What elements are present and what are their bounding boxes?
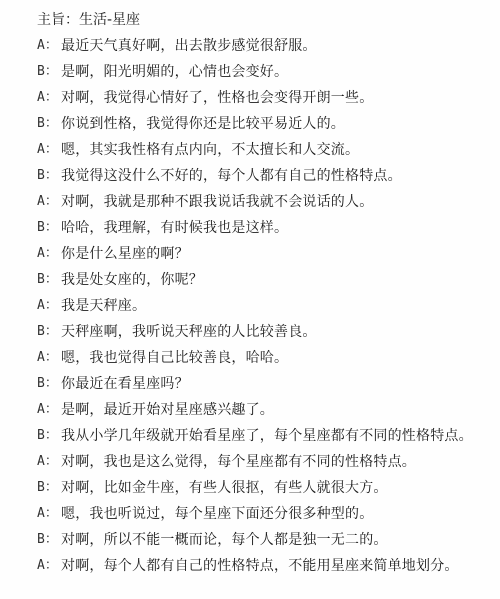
dialogue-line: B：对啊，比如金牛座，有些人很抠，有些人就很大方。 (37, 477, 500, 503)
dialogue-line: B：哈哈，我理解，有时候我也是这样。 (37, 217, 500, 243)
utterance-text: 我觉得这没什么不好的，每个人都有自己的性格特点。 (61, 165, 402, 187)
dialogue-line: B：天秤座啊，我听说天秤座的人比较善良。 (37, 321, 500, 347)
speaker-label: B： (37, 321, 61, 343)
speaker-label: B： (37, 373, 61, 395)
speaker-label: B： (37, 217, 61, 239)
speaker-label: A： (37, 295, 61, 317)
dialogue-line: A：你是什么星座的啊？ (37, 243, 500, 269)
dialogue-line: B：我从小学几年级就开始看星座了，每个星座都有不同的性格特点。 (37, 425, 500, 451)
dialogue-line: A：对啊，我也是这么觉得，每个星座都有不同的性格特点。 (37, 451, 500, 477)
utterance-text: 我从小学几年级就开始看星座了，每个星座都有不同的性格特点。 (61, 425, 473, 447)
utterance-text: 对啊，我觉得心情好了，性格也会变得开朗一些。 (61, 87, 373, 109)
utterance-text: 最近天气真好啊，出去散步感觉很舒服。 (61, 35, 317, 57)
utterance-text: 对啊，每个人都有自己的性格特点，不能用星座来简单地划分。 (61, 555, 459, 577)
utterance-text: 你是什么星座的啊？ (61, 243, 189, 265)
title-text: 主旨：生活-星座 (37, 9, 140, 31)
speaker-label: A： (37, 555, 61, 577)
dialogue-line: A：嗯，我也听说过，每个星座下面还分很多种型的。 (37, 503, 500, 529)
speaker-label: B： (37, 477, 61, 499)
speaker-label: A： (37, 347, 61, 369)
speaker-label: A： (37, 191, 61, 213)
dialogue-line: A：对啊，我就是那种不跟我说话我就不会说话的人。 (37, 191, 500, 217)
dialogue-line: A：对啊，我觉得心情好了，性格也会变得开朗一些。 (37, 87, 500, 113)
dialogue-line: B：我是处女座的，你呢？ (37, 269, 500, 295)
utterance-text: 天秤座啊，我听说天秤座的人比较善良。 (61, 321, 317, 343)
speaker-label: B： (37, 61, 61, 83)
speaker-label: A： (37, 139, 61, 161)
utterance-text: 嗯，其实我性格有点内向，不太擅长和人交流。 (61, 139, 359, 161)
dialogue-line: B：我觉得这没什么不好的，每个人都有自己的性格特点。 (37, 165, 500, 191)
utterance-text: 哈哈，我理解，有时候我也是这样。 (61, 217, 288, 239)
dialogue-line: A：对啊，每个人都有自己的性格特点，不能用星座来简单地划分。 (37, 555, 500, 581)
utterance-text: 对啊，所以不能一概而论，每个人都是独一无二的。 (61, 529, 388, 551)
dialogue-line: B：你说到性格，我觉得你还是比较平易近人的。 (37, 113, 500, 139)
dialogue-document: 主旨：生活-星座 A：最近天气真好啊，出去散步感觉很舒服。 B：是啊，阳光明媚的… (37, 9, 500, 581)
dialogue-line: A：是啊，最近开始对星座感兴趣了。 (37, 399, 500, 425)
utterance-text: 对啊，我也是这么觉得，每个星座都有不同的性格特点。 (61, 451, 416, 473)
speaker-label: A： (37, 451, 61, 473)
speaker-label: A： (37, 243, 61, 265)
dialogue-line: A：嗯，我也觉得自己比较善良，哈哈。 (37, 347, 500, 373)
utterance-text: 嗯，我也听说过，每个星座下面还分很多种型的。 (61, 503, 373, 525)
dialogue-line: B：对啊，所以不能一概而论，每个人都是独一无二的。 (37, 529, 500, 555)
utterance-text: 嗯，我也觉得自己比较善良，哈哈。 (61, 347, 288, 369)
speaker-label: B： (37, 165, 61, 187)
speaker-label: B： (37, 113, 61, 135)
utterance-text: 对啊，我就是那种不跟我说话我就不会说话的人。 (61, 191, 373, 213)
utterance-text: 你说到性格，我觉得你还是比较平易近人的。 (61, 113, 345, 135)
utterance-text: 我是天秤座。 (61, 295, 146, 317)
speaker-label: A： (37, 399, 61, 421)
utterance-text: 是啊，阳光明媚的，心情也会变好。 (61, 61, 288, 83)
dialogue-line: A：我是天秤座。 (37, 295, 500, 321)
speaker-label: B： (37, 529, 61, 551)
utterance-text: 你最近在看星座吗？ (61, 373, 189, 395)
dialogue-line: B：你最近在看星座吗？ (37, 373, 500, 399)
speaker-label: A： (37, 503, 61, 525)
utterance-text: 我是处女座的，你呢？ (61, 269, 203, 291)
dialogue-line: A：嗯，其实我性格有点内向，不太擅长和人交流。 (37, 139, 500, 165)
dialogue-line: A：最近天气真好啊，出去散步感觉很舒服。 (37, 35, 500, 61)
dialogue-line: B：是啊，阳光明媚的，心情也会变好。 (37, 61, 500, 87)
speaker-label: B： (37, 269, 61, 291)
speaker-label: B： (37, 425, 61, 447)
utterance-text: 是啊，最近开始对星座感兴趣了。 (61, 399, 274, 421)
document-title: 主旨：生活-星座 (37, 9, 500, 35)
speaker-label: A： (37, 87, 61, 109)
utterance-text: 对啊，比如金牛座，有些人很抠，有些人就很大方。 (61, 477, 388, 499)
speaker-label: A： (37, 35, 61, 57)
